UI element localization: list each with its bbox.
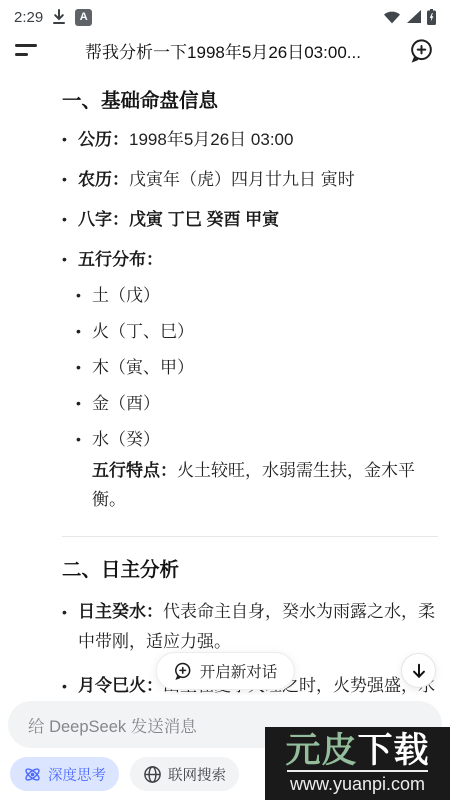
new-chat-bubble-icon [173,661,193,681]
item-value: 水（癸） [92,425,160,454]
item-value: 火（丁、巳） [92,317,194,346]
globe-icon [143,765,162,784]
item-label: 八字： [78,210,129,229]
list-item: • 日主癸水：代表命主自身，癸水为雨露之水，柔中带刚，适应力强。 [62,597,438,657]
input-placeholder: 给 DeepSeek 发送消息 [28,713,197,737]
watermark-brand: 元皮下载 [285,733,429,769]
deep-think-label: 深度思考 [48,764,106,785]
atom-icon [23,765,42,784]
watermark-url: www.yuanpi.com [287,770,428,795]
chat-message-area: 一、基础命盘信息 • 公历：1998年5月26日 03:00 • 农历：戊寅年（… [0,72,450,695]
bullet-dot: • [62,671,78,695]
new-conversation-pill[interactable]: 开启新对话 [156,652,295,690]
note-label: 五行特点： [92,461,177,480]
bullet-dot: • [62,205,78,234]
bullet-dot: • [62,245,78,274]
list-item: • 农历：戊寅年（虎）四月廿九日 寅时 [62,165,438,194]
item-label: 农历： [78,170,129,189]
battery-icon [427,9,436,25]
bullet-dot: • [62,597,78,657]
watermark-brand-green: 元皮 [285,731,357,770]
bullet-dot: • [76,317,92,346]
list-item: • 水（癸） [76,425,438,454]
bullet-dot: • [76,425,92,454]
new-conversation-label: 开启新对话 [200,660,278,682]
bullet-dot: • [76,353,92,382]
bullet-dot: • [76,281,92,310]
item-value: 木（寅、甲） [92,353,194,382]
section-heading-2: 二、日主分析 [62,557,438,583]
item-value: 戊寅 丁巳 癸酉 甲寅 [129,210,279,229]
watermark-brand-white: 下载 [358,731,430,770]
item-value: 土（戊） [92,281,160,310]
list-item: • 八字：戊寅 丁巳 癸酉 甲寅 [62,205,438,234]
download-icon [52,9,66,25]
chat-header: 帮我分析一下1998年5月26日03:00... [0,28,450,72]
bullet-dot: • [76,389,92,418]
section-heading-1: 一、基础命盘信息 [62,88,438,114]
scroll-to-bottom-button[interactable] [401,653,436,688]
item-value: 戊寅年（虎）四月廿九日 寅时 [129,170,355,189]
item-value: 金（酉） [92,389,160,418]
list-item: • 土（戊） [76,281,438,310]
list-item: • 五行分布： [62,245,438,274]
signal-icon [406,10,422,24]
phone-screen: 2:29 A [0,0,450,800]
item-label: 公历： [78,130,129,149]
bullet-dot: • [62,165,78,194]
clock-time: 2:29 [14,9,43,26]
wifi-icon [383,10,401,24]
new-chat-button[interactable] [407,37,435,64]
item-label: 月令巳火： [78,676,163,695]
sidebar-menu-icon[interactable] [15,44,39,56]
web-search-toggle[interactable]: 联网搜索 [130,757,239,791]
arrow-down-icon [410,662,428,680]
list-item: • 金（酉） [76,389,438,418]
section-divider [62,536,438,537]
item-value: 1998年5月26日 03:00 [129,130,293,149]
list-item: • 火（丁、巳） [76,317,438,346]
assistant-message: 一、基础命盘信息 • 公历：1998年5月26日 03:00 • 农历：戊寅年（… [0,88,450,695]
elements-sublist: • 土（戊） • 火（丁、巳） • 木（寅、甲） • 金（酉） • 水（癸） [76,281,438,454]
deep-think-toggle[interactable]: 深度思考 [10,757,119,791]
bullet-dot: • [62,125,78,154]
elements-summary: 五行特点：火土较旺，水弱需生扶，金木平衡。 [92,456,438,514]
list-item: • 木（寅、甲） [76,353,438,382]
web-search-label: 联网搜索 [168,764,226,785]
watermark-overlay: 元皮下载 www.yuanpi.com [265,727,450,800]
chat-title: 帮我分析一下1998年5月26日03:00... [39,38,407,63]
list-item: • 公历：1998年5月26日 03:00 [62,125,438,154]
a-badge-icon: A [75,9,92,26]
status-bar: 2:29 A [0,0,450,28]
item-label: 日主癸水： [78,602,163,621]
item-label: 五行分布： [78,250,163,269]
